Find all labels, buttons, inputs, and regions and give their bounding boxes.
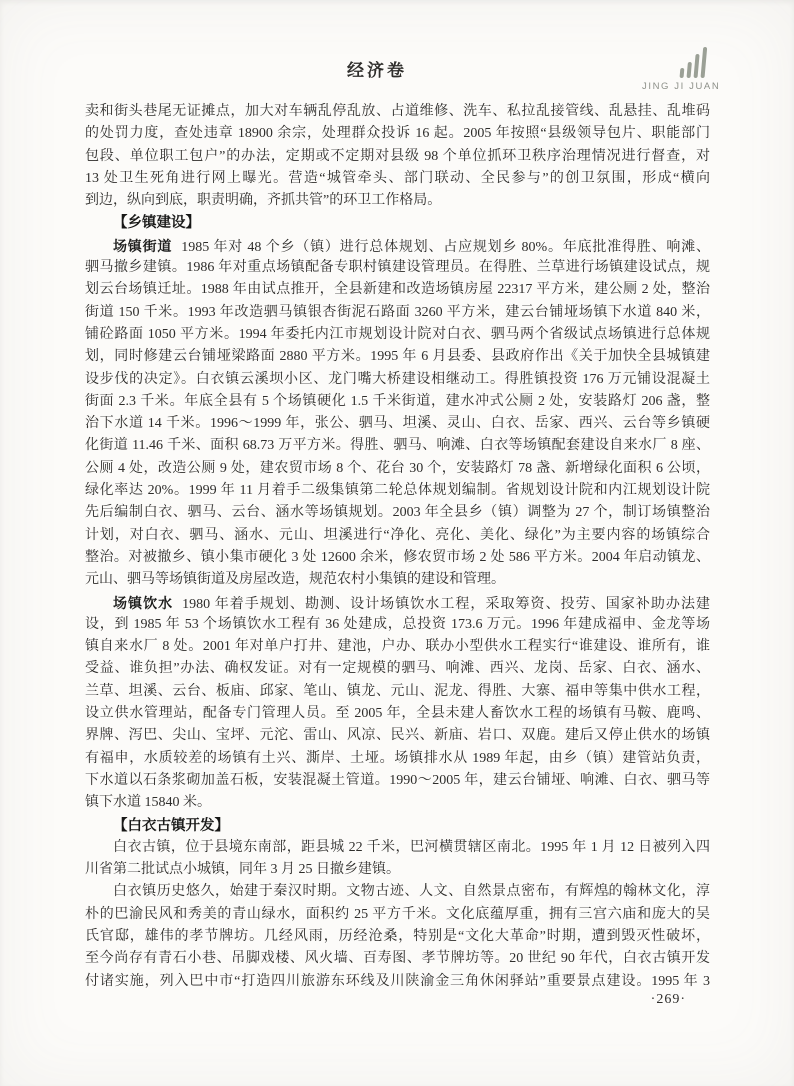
- text-line: 镇自来水厂 8 处。2001 年对单户打井、建池，户办、联办小型供水工程实行“谁…: [85, 636, 710, 658]
- content: 卖和街头巷尾无证摊点，加大对车辆乱停乱放、占道维修、洗车、私拉乱接管线、乱悬挂、…: [85, 101, 710, 993]
- text-line: 受益、谁负担”办法、确权发证。对有一定规模的驷马、响滩、西兴、龙岗、岳家、白衣、…: [85, 658, 710, 680]
- paragraph-lead: 场镇街道: [113, 238, 172, 254]
- paragraph-lead: 场镇饮水: [113, 595, 173, 611]
- section-heading: 【白衣古镇开发】: [85, 815, 710, 837]
- text-line: 设，到 1985 年 53 个场镇饮水工程有 36 处建成，总投资 173.6 …: [85, 614, 710, 636]
- logo-bars-icon: [641, 44, 708, 78]
- text-line: 朴的巴渝民风和秀美的青山绿水，面积约 25 平方千米。文化底蕴厚重，拥有三宫六庙…: [85, 904, 710, 926]
- text-line: 氏官邸，雄伟的孝节牌坊。几经风雨，历经沧桑，特别是“文化大革命”时期，遭到毁灭性…: [85, 926, 710, 948]
- logo-text: JING JI JUAN: [642, 81, 712, 92]
- text-line: 场镇街道1985 年对 48 个乡（镇）进行总体规划、占应规划乡 80%。年底批…: [85, 235, 710, 257]
- volume-logo: JING JI JUAN: [642, 44, 712, 92]
- text-line: 设步伐的决定》。白衣镇云溪坝小区、龙门嘴大桥建设相继动工。得胜镇投资 176 万…: [85, 369, 710, 391]
- text-line: 界牌、泻巴、尖山、宝坪、元沱、雷山、风凉、民兴、新庙、岩口、双鹿。建后又停止供水…: [85, 725, 710, 747]
- text-line: 13 处卫生死角进行网上曝光。营造“城管牵头、部门联动、全民参与”的创卫氛围，形…: [85, 168, 710, 190]
- text-line: 镇下水道 15840 米。: [85, 792, 710, 814]
- book-page: 经济卷 JING JI JUAN 卖和街头巷尾无证摊点，加大对车辆乱停乱放、占道…: [0, 0, 794, 1086]
- text-line: 街面 2.3 千米。年底全县有 5 个场镇硬化 1.5 千米街道，建水冲式公厕 …: [85, 391, 710, 413]
- text-line: 公厕 4 处，改造公厕 9 处，建农贸市场 8 个、花台 30 个，安装路灯 7…: [85, 458, 710, 480]
- text-line: 铺砼路面 1050 平方米。1994 年委托内江市规划设计院对白衣、驷马两个省级…: [85, 324, 710, 346]
- text-line: 付诸实施，列入巴中市“打造四川旅游东环线及川陕渝金三角休闲驿站”重要景点建设。1…: [85, 971, 710, 993]
- text-line: 到边，纵向到底，职责明确，齐抓共管”的环卫工作格局。: [85, 190, 710, 212]
- text-line: 卖和街头巷尾无证摊点，加大对车辆乱停乱放、占道维修、洗车、私拉乱接管线、乱悬挂、…: [85, 101, 710, 123]
- section-heading: 【乡镇建设】: [85, 212, 710, 234]
- text-line: 包段、单位职工包户”的办法，定期或不定期对县级 98 个单位抓环卫秩序治理情况进…: [85, 146, 710, 168]
- text-line: 白衣镇历史悠久，始建于秦汉时期。文物古迹、人文、自然景点密布，有辉煌的翰林文化，…: [85, 881, 710, 903]
- text-line: 下水道以石条浆砌加盖石板，安装混凝土管道。1990～2005 年，建云台铺垭、响…: [85, 770, 710, 792]
- text-line: 设立供水管理站，配备专门管理人员。至 2005 年，全县未建人畜饮水工程的场镇有…: [85, 703, 710, 725]
- text-line: 川省第二批试点小城镇，同年 3 月 25 日撤乡建镇。: [85, 859, 710, 881]
- text-line: 元山、驷马等场镇街道及房屋改造，规范农村小集镇的建设和管理。: [85, 569, 710, 591]
- text-line: 先后编制白衣、驷马、云台、涵水等场镇规划。2003 年全县乡（镇）调整为 27 …: [85, 502, 710, 524]
- text-line: 治下水道 14 千米。1996～1999 年，张公、驷马、坦溪、灵山、白衣、岳家…: [85, 413, 710, 435]
- text-line: 计划，对白衣、驷马、涵水、元山、坦溪进行“净化、亮化、美化、绿化”为主要内容的场…: [85, 525, 710, 547]
- text-line: 场镇饮水1980 年着手规划、勘测、设计场镇饮水工程，采取筹资、投劳、国家补助办…: [85, 592, 710, 614]
- text-line: 划云台场镇迁址。1988 年由试点推开，全县新建和改造场镇房屋 22317 平方…: [85, 279, 710, 301]
- text-line: 有福申，水质较差的场镇有土兴、澌岸、土垭。场镇排水从 1989 年起，由乡（镇）…: [85, 748, 710, 770]
- text-line: 绿化率达 20%。1999 年 11 月着手二级集镇第二轮总体规划编制。省规划设…: [85, 480, 710, 502]
- page-number: ·269·: [651, 992, 686, 1008]
- text-line: 街道 150 千米。1993 年改造驷马镇银杏街泥石路面 3260 平方米，建云…: [85, 302, 710, 324]
- text-line: 至今尚存有青石小巷、吊脚戏楼、风火墙、百寿图、孝节牌坊等。20 世纪 90 年代…: [85, 948, 710, 970]
- text-line: 化街道 11.46 千米、面积 68.73 万平方米。得胜、驷马、响滩、白衣等场…: [85, 435, 710, 457]
- text-line: 整治。对被撤乡、镇小集市硬化 3 处 12600 余米，修农贸市场 2 处 58…: [85, 547, 710, 569]
- text-line: 兰草、坦溪、云台、板庙、邱家、笔山、镇龙、元山、泥龙、得胜、大寨、福申等集中供水…: [85, 681, 710, 703]
- text-line: 驷马撤乡建镇。1986 年对重点场镇配备专职村镇建设管理员。在得胜、兰草进行场镇…: [85, 257, 710, 279]
- text-line: 的处罚力度，查处违章 18900 余宗，处理群众投诉 16 起。2005 年按照…: [85, 123, 710, 145]
- text-line: 划，同时修建云台铺垭梁路面 2880 平方米。1995 年 6 月县委、县政府作…: [85, 346, 710, 368]
- scan-speck-dot: [606, 892, 609, 895]
- text-line: 白衣古镇，位于县境东南部，距县城 22 千米，巴河横贯辖区南北。1995 年 1…: [85, 837, 710, 859]
